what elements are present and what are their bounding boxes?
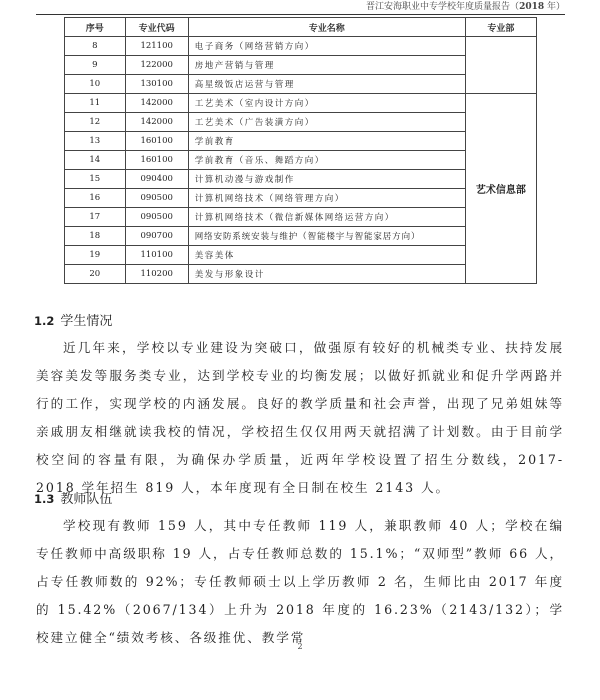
section-title: 教师队伍 xyxy=(60,492,112,507)
cell-code: 160100 xyxy=(125,151,188,170)
cell-code: 090500 xyxy=(125,189,188,208)
cell-code: 142000 xyxy=(125,94,188,113)
cell-code: 090400 xyxy=(125,170,188,189)
cell-code: 142000 xyxy=(125,113,188,132)
table-header-row: 序号 专业代码 专业名称 专业部 xyxy=(65,18,537,37)
cell-number: 17 xyxy=(65,208,126,227)
cell-number: 16 xyxy=(65,189,126,208)
cell-code: 122000 xyxy=(125,56,188,75)
column-header-name: 专业名称 xyxy=(188,18,465,37)
cell-code: 130100 xyxy=(125,75,188,94)
cell-dept-art-info: 艺术信息部 xyxy=(465,94,536,284)
cell-name: 学前教育（音乐、舞蹈方向） xyxy=(188,151,465,170)
section-heading-teachers: 1.3教师队伍 xyxy=(34,488,112,507)
running-header: 晋江安海职业中专学校年度质量报告（2018 年） xyxy=(36,0,565,15)
table-row: 8 121100 电子商务（网络营销方向） xyxy=(65,37,537,56)
cell-code: 110100 xyxy=(125,246,188,265)
students-paragraph: 近几年来，学校以专业建设为突破口，做强原有较好的机械类专业、扶持发展美容美发等服… xyxy=(36,334,564,502)
cell-number: 10 xyxy=(65,75,126,94)
cell-name: 网络安防系统安装与维护（智能楼宇与智能家居方向） xyxy=(188,227,465,246)
cell-code: 090700 xyxy=(125,227,188,246)
cell-code: 110200 xyxy=(125,265,188,284)
cell-code: 121100 xyxy=(125,37,188,56)
cell-number: 8 xyxy=(65,37,126,56)
cell-number: 12 xyxy=(65,113,126,132)
page-number: 2 xyxy=(0,642,600,651)
header-title-suffix: 年） xyxy=(544,2,565,12)
cell-name: 美发与形象设计 xyxy=(188,265,465,284)
cell-number: 9 xyxy=(65,56,126,75)
cell-name: 计算机网络技术（微信新媒体网络运营方向） xyxy=(188,208,465,227)
table-row: 11 142000 工艺美术（室内设计方向） 艺术信息部 xyxy=(65,94,537,113)
cell-name: 计算机网络技术（网络管理方向） xyxy=(188,189,465,208)
cell-name: 电子商务（网络营销方向） xyxy=(188,37,465,56)
header-title-prefix: 晋江安海职业中专学校年度质量报告（ xyxy=(366,2,519,12)
column-header-number: 序号 xyxy=(65,18,126,37)
cell-number: 13 xyxy=(65,132,126,151)
cell-number: 11 xyxy=(65,94,126,113)
cell-name: 高星级饭店运营与管理 xyxy=(188,75,465,94)
table-body: 8 121100 电子商务（网络营销方向） 9 122000 房地产营销与管理 … xyxy=(65,37,537,284)
cell-name: 美容美体 xyxy=(188,246,465,265)
cell-name: 工艺美术（广告装潢方向） xyxy=(188,113,465,132)
cell-name: 工艺美术（室内设计方向） xyxy=(188,94,465,113)
section-title: 学生情况 xyxy=(60,314,112,329)
cell-number: 18 xyxy=(65,227,126,246)
cell-number: 20 xyxy=(65,265,126,284)
teachers-paragraph: 学校现有教师 159 人，其中专任教师 119 人，兼职教师 40 人；学校在编… xyxy=(36,512,564,652)
cell-number: 15 xyxy=(65,170,126,189)
cell-number: 19 xyxy=(65,246,126,265)
cell-number: 14 xyxy=(65,151,126,170)
cell-name: 学前教育 xyxy=(188,132,465,151)
section-number: 1.3 xyxy=(34,492,54,506)
section-heading-students: 1.2学生情况 xyxy=(34,310,112,329)
cell-name: 计算机动漫与游戏制作 xyxy=(188,170,465,189)
cell-code: 090500 xyxy=(125,208,188,227)
column-header-code: 专业代码 xyxy=(125,18,188,37)
majors-table: 序号 专业代码 专业名称 专业部 8 121100 电子商务（网络营销方向） 9… xyxy=(64,17,537,284)
section-number: 1.2 xyxy=(34,314,54,328)
cell-dept-group-1 xyxy=(465,37,536,94)
cell-code: 160100 xyxy=(125,132,188,151)
header-title-year: 2018 xyxy=(519,2,544,12)
column-header-dept: 专业部 xyxy=(465,18,536,37)
cell-name: 房地产营销与管理 xyxy=(188,56,465,75)
